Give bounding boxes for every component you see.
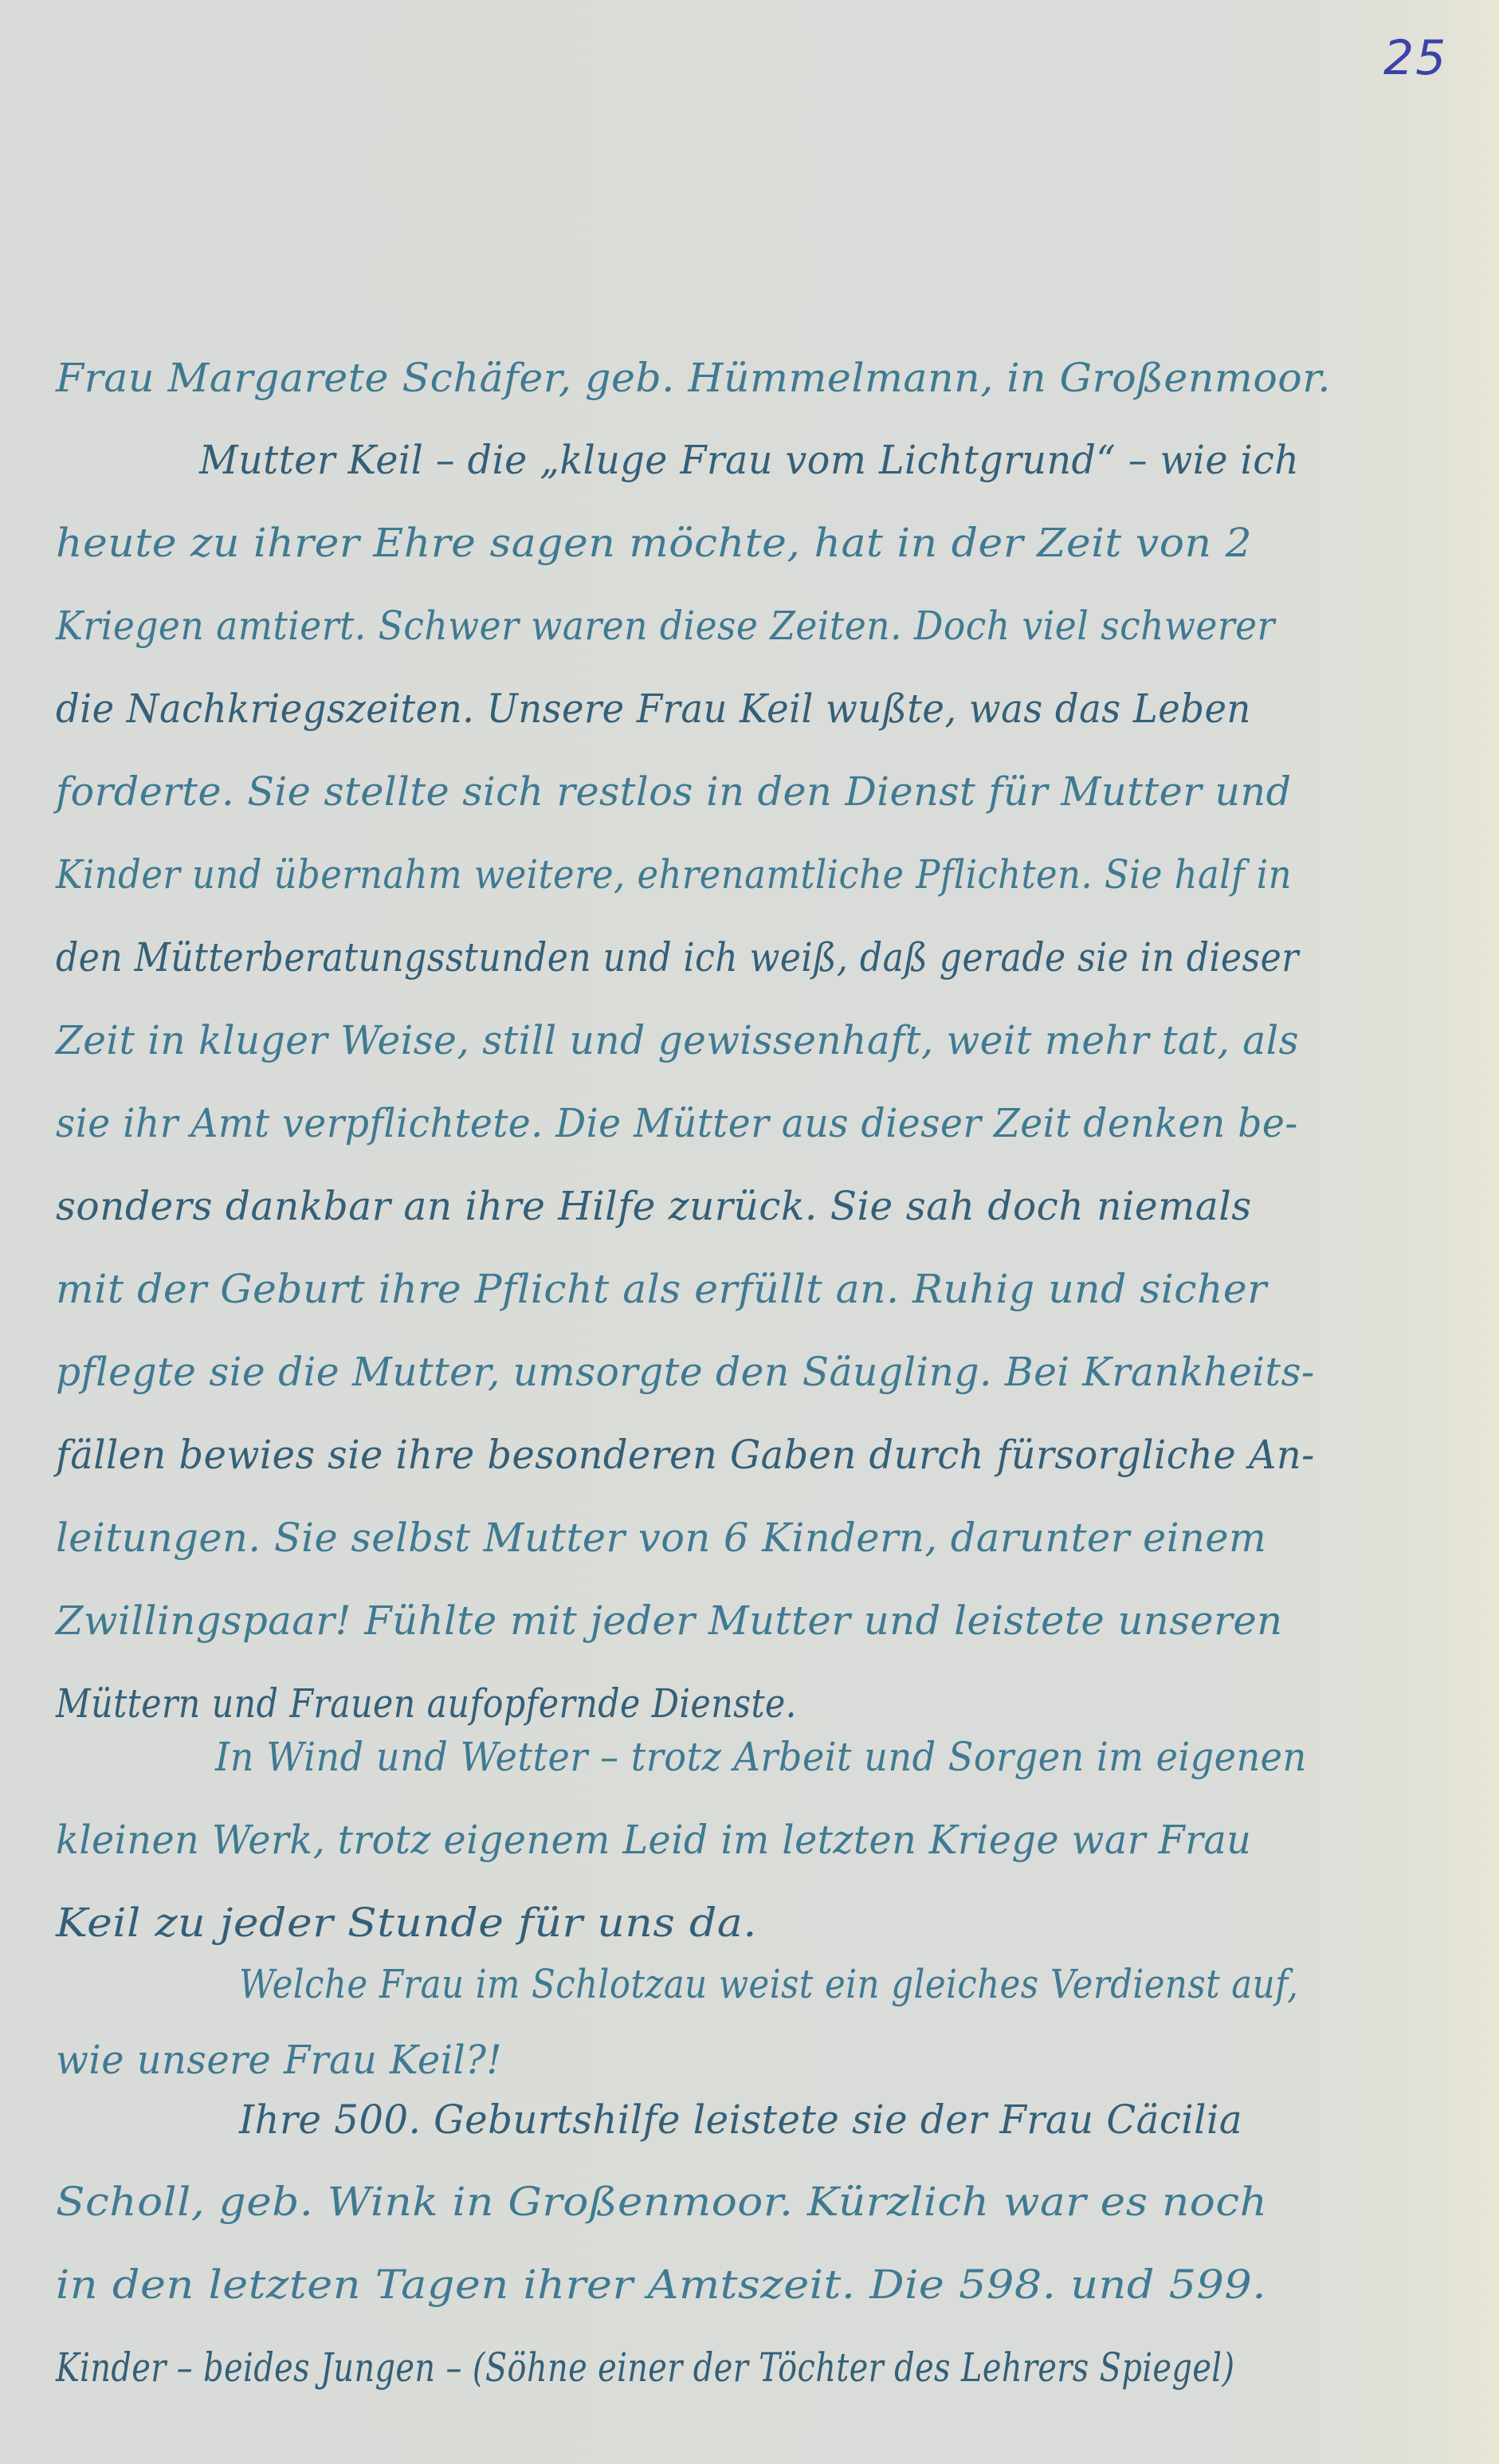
manuscript-page: 25 Frau Margarete Schäfer, geb. Hümmelma… [0, 0, 1499, 2464]
manuscript-line: forderte. Sie stellte sich restlos in de… [56, 768, 1292, 815]
manuscript-line: sie ihr Amt verpflichtete. Die Mütter au… [56, 1100, 1298, 1146]
manuscript-line: Zeit in kluger Weise, still und gewissen… [56, 1017, 1299, 1063]
manuscript-line: Welche Frau im Schlotzau weist ein gleic… [239, 1961, 1298, 2007]
handwritten-text-body: Frau Margarete Schäfer, geb. Hümmelmann,… [0, 0, 1499, 2464]
manuscript-line: fällen bewies sie ihre besonderen Gaben … [56, 1432, 1315, 1478]
manuscript-line: in den letzten Tagen ihrer Amtszeit. Die… [56, 2262, 1266, 2308]
manuscript-line: sonders dankbar an ihre Hilfe zurück. Si… [56, 1183, 1252, 1229]
manuscript-line: kleinen Werk, trotz eigenem Leid im letz… [56, 1817, 1251, 1863]
manuscript-line: leitungen. Sie selbst Mutter von 6 Kinde… [56, 1515, 1266, 1561]
manuscript-line: den Mütterberatungsstunden und ich weiß,… [56, 934, 1299, 980]
manuscript-line: Zwillingspaar! Fühlte mit jeder Mutter u… [56, 1597, 1283, 1644]
manuscript-line: heute zu ihrer Ehre sagen möchte, hat in… [56, 520, 1252, 566]
manuscript-line: Frau Margarete Schäfer, geb. Hümmelmann,… [56, 355, 1331, 401]
manuscript-line: In Wind und Wetter – trotz Arbeit und So… [215, 1734, 1307, 1780]
manuscript-line: Kinder – beides Jungen – (Söhne einer de… [56, 2344, 1234, 2391]
manuscript-line: Müttern und Frauen aufopfernde Dienste. [56, 1680, 797, 1727]
manuscript-line: wie unsere Frau Keil?! [56, 2037, 502, 2083]
manuscript-line: pflegte sie die Mutter, umsorgte den Säu… [56, 1349, 1315, 1395]
manuscript-line: Kinder und übernahm weitere, ehrenamtlic… [56, 851, 1292, 898]
manuscript-line: Kriegen amtiert. Schwer waren diese Zeit… [56, 603, 1275, 649]
manuscript-line: die Nachkriegszeiten. Unsere Frau Keil w… [56, 686, 1251, 732]
manuscript-line: mit der Geburt ihre Pflicht als erfüllt … [56, 1266, 1267, 1312]
manuscript-line: Ihre 500. Geburtshilfe leistete sie der … [239, 2097, 1242, 2143]
manuscript-line: Keil zu jeder Stunde für uns da. [56, 1900, 757, 1946]
manuscript-line: Scholl, geb. Wink in Großenmoor. Kürzlic… [56, 2179, 1267, 2225]
manuscript-line: Mutter Keil – die „kluge Frau vom Lichtg… [199, 437, 1299, 483]
